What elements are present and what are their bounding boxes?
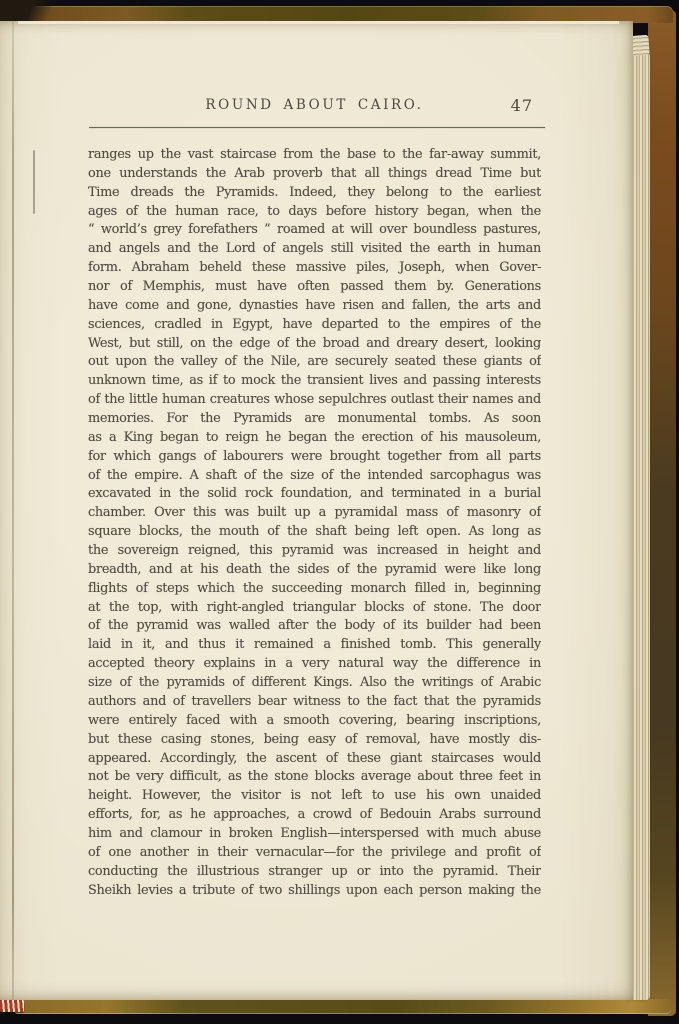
text-line: unknown time, as if to mock the transien… bbox=[88, 372, 541, 391]
text-line: out upon the valley of the Nile, are sec… bbox=[88, 353, 541, 372]
text-line: ages of the human race, to days before h… bbox=[88, 203, 541, 222]
text-line: have come and gone, dynasties have risen… bbox=[88, 297, 541, 316]
text-line: ranges up the vast staircase from the ba… bbox=[88, 146, 541, 165]
text-line: Sheikh levies a tribute of two shillings… bbox=[88, 882, 541, 901]
text-line: authors and of travellers bear witness t… bbox=[88, 693, 541, 712]
text-line: flights of steps which the succeeding mo… bbox=[88, 580, 541, 599]
text-line: appeared. Accordingly, the ascent of the… bbox=[88, 750, 541, 769]
text-line: West, but still, on the edge of the broa… bbox=[88, 335, 541, 354]
text-line: square blocks, the mouth of the shaft be… bbox=[88, 523, 541, 542]
photo-background: { "book": { "running_header": { "title":… bbox=[0, 0, 679, 1024]
running-header-title: ROUND ABOUT CAIRO. bbox=[88, 97, 541, 113]
gutter-stitch-mark bbox=[33, 150, 35, 214]
text-line: of the empire. A shaft of the size of th… bbox=[88, 467, 541, 486]
text-line: excavated in the solid rock foundation, … bbox=[88, 485, 541, 504]
text-line: form. Abraham beheld these massive piles… bbox=[88, 259, 541, 278]
header-rule bbox=[89, 127, 545, 128]
text-line: height. However, the visitor is not left… bbox=[88, 787, 541, 806]
text-line: and angels and the Lord of angels still … bbox=[88, 240, 541, 259]
text-line: one understands the Arab proverb that al… bbox=[88, 165, 541, 184]
text-line: him and clamour in broken English—inters… bbox=[88, 825, 541, 844]
text-line: accepted theory explains in a very natur… bbox=[88, 655, 541, 674]
text-line: of the pyramid was walled after the body… bbox=[88, 617, 541, 636]
text-line: breadth, and at his death the sides of t… bbox=[88, 561, 541, 580]
gutter-crease bbox=[12, 21, 14, 1000]
text-line: chamber. Over this was built up a pyrami… bbox=[88, 504, 541, 523]
book-cover-right-edge bbox=[648, 10, 676, 1016]
text-line: were entirely faced with a smooth coveri… bbox=[88, 712, 541, 731]
text-line: not be very difficult, as the stone bloc… bbox=[88, 768, 541, 787]
text-line: the sovereign reigned, this pyramid was … bbox=[88, 542, 541, 561]
text-line: for which gangs of labourers were brough… bbox=[88, 448, 541, 467]
book-cover-bottom-edge bbox=[14, 999, 671, 1014]
text-line: size of the pyramids of different Kings.… bbox=[88, 674, 541, 693]
page-top-edge-highlight bbox=[18, 21, 619, 24]
text-line: sciences, cradled in Egypt, have departe… bbox=[88, 316, 541, 335]
text-line: of one another in their vernacular—for t… bbox=[88, 844, 541, 863]
text-line: nor of Memphis, must have often passed t… bbox=[88, 278, 541, 297]
text-line: as a King began to reign he began the er… bbox=[88, 429, 541, 448]
text-line: efforts, for, as he approaches, a crowd … bbox=[88, 806, 541, 825]
text-line: laid in it, and thus it remained a finis… bbox=[88, 636, 541, 655]
endband-bottom-left bbox=[0, 999, 24, 1012]
text-line: memories. For the Pyramids are monumenta… bbox=[88, 410, 541, 429]
text-line: Time dreads the Pyramids. Indeed, they b… bbox=[88, 184, 541, 203]
page-text: ranges up the vast staircase from the ba… bbox=[88, 146, 541, 900]
text-line: conducting the illustrious stranger up o… bbox=[88, 863, 541, 882]
page-number: 47 bbox=[511, 96, 533, 115]
text-line: of the little human creatures whose sepu… bbox=[88, 391, 541, 410]
text-line: at the top, with right-angled triangular… bbox=[88, 599, 541, 618]
text-line: but these casing stones, being easy of r… bbox=[88, 731, 541, 750]
running-header: ROUND ABOUT CAIRO. 47 bbox=[88, 97, 541, 117]
text-line: “ world’s grey forefathers ” roamed at w… bbox=[88, 221, 541, 240]
